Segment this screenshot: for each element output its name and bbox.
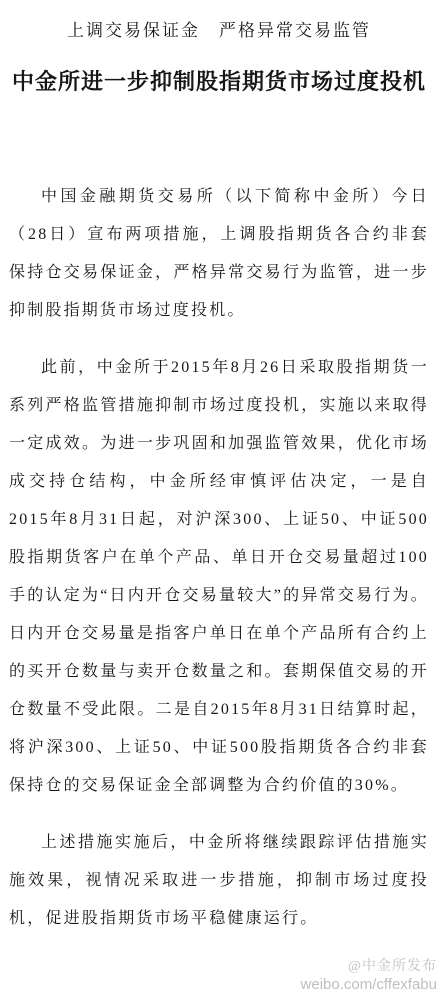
article-title: 中金所进一步抑制股指期货市场过度投机 — [4, 65, 434, 96]
watermark-handle: @中金所发布 — [301, 958, 437, 976]
paragraph-outlook: 上述措施实施后，中金所将继续跟踪评估措施实施效果，视情况采取进一步措施，抑制市场… — [9, 824, 429, 938]
article-body: 中国金融期货交易所（以下简称中金所）今日（28日）宣布两项措施，上调股指期货各合… — [0, 178, 438, 938]
watermark-url: weibo.com/cffexfabu — [301, 976, 437, 994]
article-subtitle: 上调交易保证金 严格异常交易监管 — [0, 0, 438, 41]
article-page: 上调交易保证金 严格异常交易监管 中金所进一步抑制股指期货市场过度投机 中国金融… — [0, 0, 438, 1001]
paragraph-measures: 此前，中金所于2015年8月26日采取股指期货一系列严格监管措施抑制市场过度投机… — [9, 349, 429, 805]
paragraph-intro: 中国金融期货交易所（以下简称中金所）今日（28日）宣布两项措施，上调股指期货各合… — [9, 178, 429, 330]
watermark: @中金所发布 weibo.com/cffexfabu — [301, 958, 437, 994]
